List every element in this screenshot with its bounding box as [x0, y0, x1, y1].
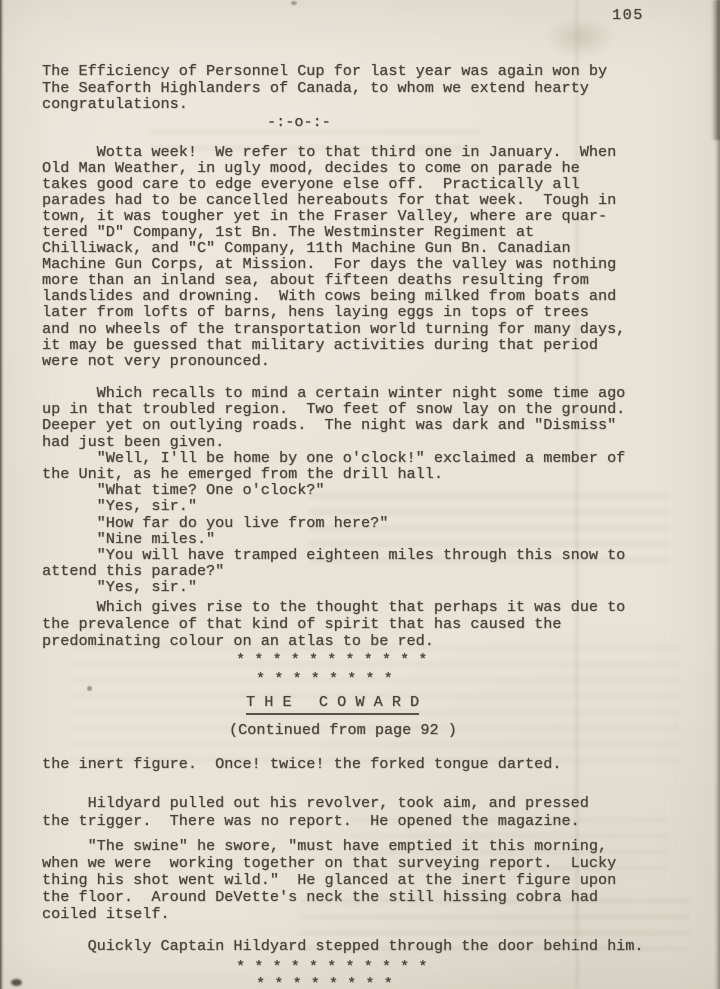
paper-speck: [291, 1, 297, 5]
scan-edge-right: [714, 0, 720, 989]
star-separator-long: * * * * * * * * * * *: [236, 959, 427, 975]
star-separator-short: * * * * * * * *: [256, 671, 393, 687]
paragraph-winter-night: Which recalls to mind a certain winter n…: [42, 385, 625, 596]
story-title: T H E C O W A R D: [246, 694, 419, 715]
paragraph-efficiency-cup: The Efficiency of Personnel Cup for last…: [42, 63, 607, 113]
scan-edge-left: [0, 0, 4, 989]
story-continued-note: (Continued from page 92 ): [229, 722, 457, 738]
section-divider: -:-o-:-: [267, 114, 331, 130]
page-number: 105: [612, 7, 644, 23]
paragraph-inert-figure: the inert figure. Once! twice! the forke…: [42, 756, 562, 772]
paragraph-hildyard-revolver: Hildyard pulled out his revolver, took a…: [42, 795, 589, 830]
scan-edge-right-top: [711, 0, 720, 140]
scanned-page: 105 The Efficiency of Personnel Cup for …: [0, 0, 720, 989]
star-separator-long: * * * * * * * * * * *: [236, 652, 427, 668]
star-separator-short: * * * * * * * *: [256, 976, 393, 989]
paragraph-swine-swore: "The swine" he swore, "must have emptied…: [42, 838, 616, 923]
paper-speck: [11, 979, 22, 986]
paper-stain: [545, 16, 615, 58]
paragraph-wotta-week: Wotta week! We refer to that third one i…: [42, 144, 625, 369]
paragraph-which-gives-rise: Which gives rise to the thought that per…: [42, 599, 625, 650]
paragraph-quickly-stepped: Quickly Captain Hildyard stepped through…: [42, 938, 644, 954]
